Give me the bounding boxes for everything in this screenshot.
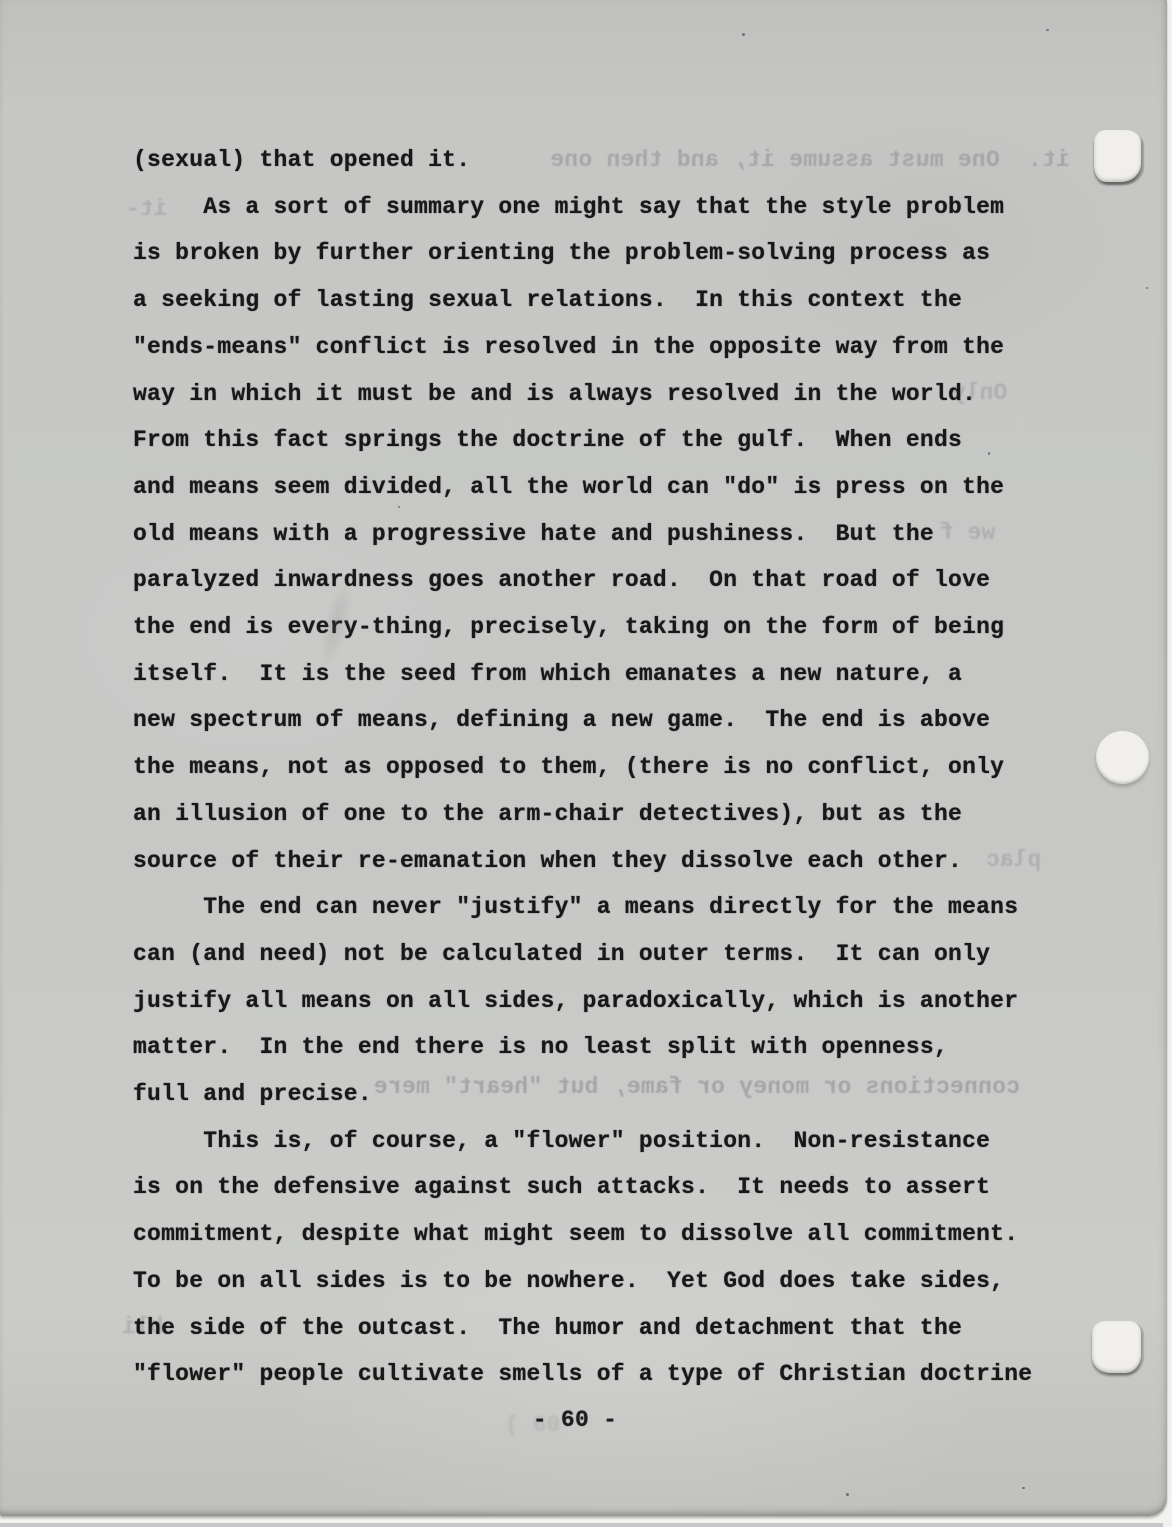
dust-speck [742,33,745,36]
punch-hole-bottom [1092,1321,1141,1373]
typed-line: The end can never "justify" a means dire… [133,884,1033,931]
typed-line: is on the defensive against such attacks… [133,1164,1033,1211]
typed-line: way in which it must be and is always re… [133,371,1033,418]
dust-speck [846,1493,849,1496]
dust-speck [988,452,990,455]
typed-line: From this fact springs the doctrine of t… [133,417,1033,464]
typed-line: the end is every-thing, precisely, takin… [133,604,1033,651]
dust-speck [1022,1487,1025,1489]
typed-line: itself. It is the seed from which emanat… [133,651,1033,698]
typed-line: old means with a progressive hate and pu… [133,511,1033,558]
typed-line: is broken by further orienting the probl… [133,230,1033,277]
typed-line: source of their re-emanation when they d… [133,838,1033,885]
typed-line: new spectrum of means, defining a new ga… [133,697,1033,744]
typed-line: justify all means on all sides, paradoxi… [133,978,1033,1025]
typed-line: (sexual) that opened it. [133,137,1033,184]
dust-speck [398,506,400,508]
typed-line: To be on all sides is to be nowhere. Yet… [133,1258,1033,1305]
typed-line: This is, of course, a "flower" position.… [133,1118,1033,1165]
typed-line: full and precise. [133,1071,1033,1118]
scanned-typewritten-page: it. One must assume it, and then one con… [0,0,1172,1527]
typed-line: paralyzed inwardness goes another road. … [133,557,1033,604]
typed-line: and means seem divided, all the world ca… [133,464,1033,511]
punch-hole-top [1094,130,1141,182]
dust-speck [1046,29,1049,31]
punch-hole-middle [1096,731,1149,784]
typed-line: "flower" people cultivate smells of a ty… [133,1351,1033,1398]
paper-sheet: it. One must assume it, and then one con… [0,0,1167,1516]
page-number: - 60 - [133,1397,1017,1444]
typed-line: a seeking of lasting sexual relations. I… [133,277,1033,324]
dust-speck [1146,287,1148,289]
typed-line: commitment, despite what might seem to d… [133,1211,1033,1258]
typed-text-block: (sexual) that opened it. As a sort of su… [133,137,1033,1398]
typed-line: matter. In the end there is no least spl… [133,1024,1033,1071]
typed-line: can (and need) not be calculated in oute… [133,931,1033,978]
typed-line: an illusion of one to the arm-chair dete… [133,791,1033,838]
typed-line: "ends-means" conflict is resolved in the… [133,324,1033,371]
typed-line: the side of the outcast. The humor and d… [133,1305,1033,1352]
typed-line: the means, not as opposed to them, (ther… [133,744,1033,791]
dust-speck [590,443,592,445]
typed-line: As a sort of summary one might say that … [133,184,1033,231]
